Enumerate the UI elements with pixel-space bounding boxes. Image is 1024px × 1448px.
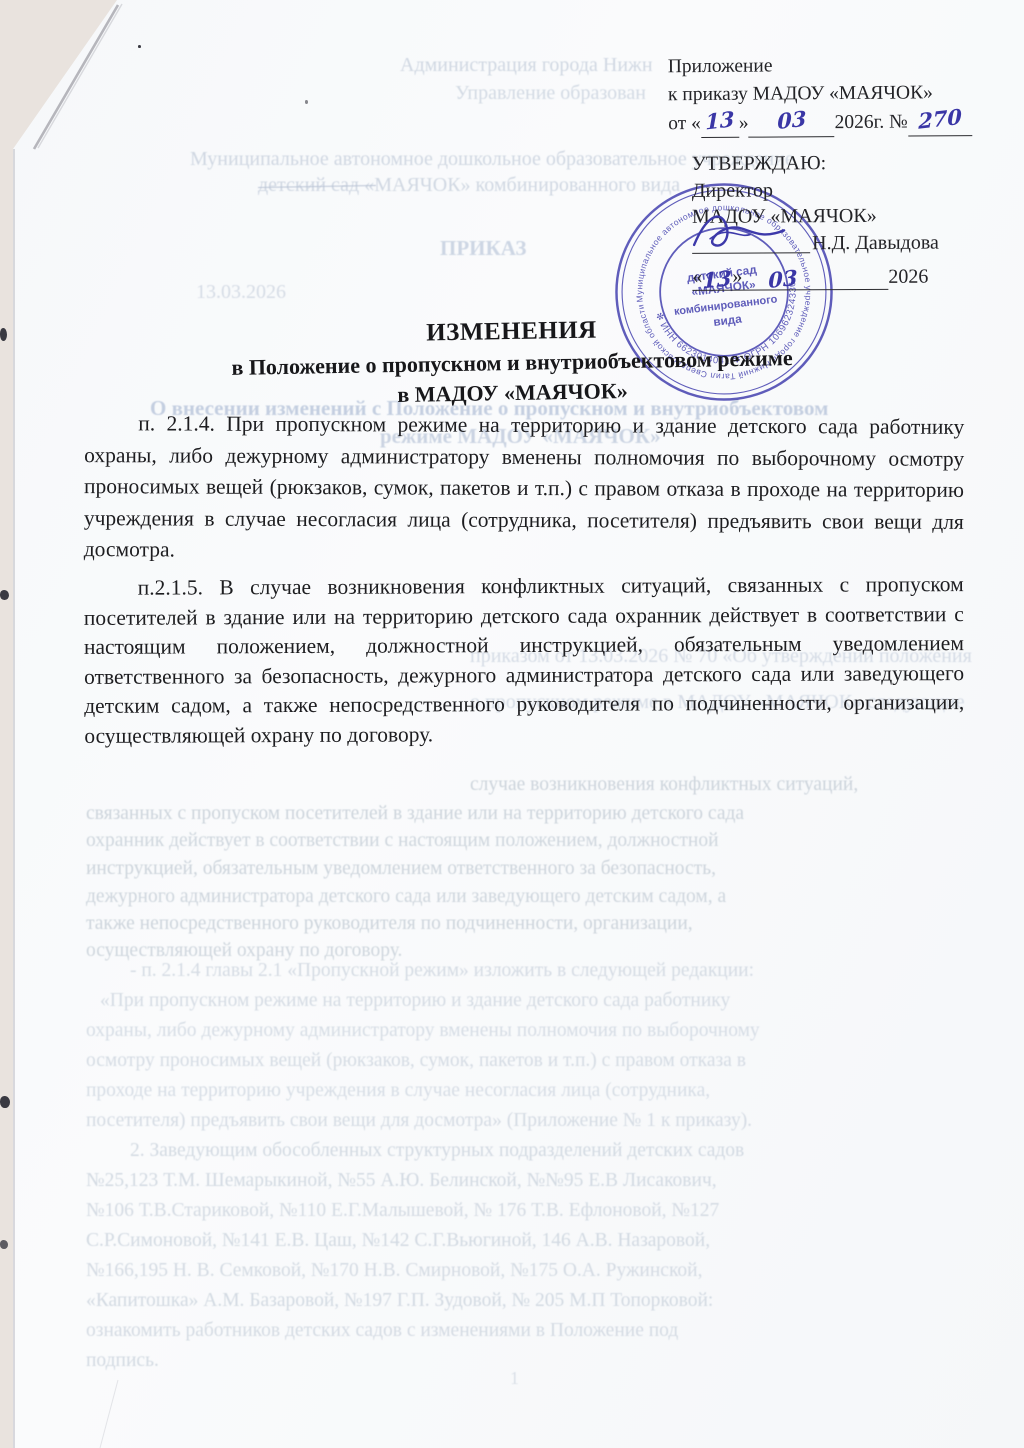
approve-year: 2026	[888, 263, 928, 290]
document-body: п. 2.1.4. При пропускном режиме на терри…	[84, 410, 964, 749]
annex-line1: Приложение	[668, 51, 1020, 81]
approver-name: Н.Д. Давыдова	[812, 229, 939, 256]
paragraph-2-1-5: п.2.1.5. В случае возникновения конфликт…	[84, 570, 965, 751]
handwritten-number: 270	[918, 107, 962, 132]
handwritten-month: 03	[768, 268, 797, 291]
document-title: ИЗМЕНЕНИЯ в Положение о пропускном и вну…	[61, 308, 962, 416]
quote-close: »	[732, 263, 742, 290]
annex-date-prefix: от «	[668, 110, 701, 138]
annex-block: Приложение к приказу МАДОУ «МАЯЧОК» от «…	[668, 51, 1021, 138]
annex-line2: к приказу МАДОУ «МАЯЧОК»	[668, 78, 1020, 108]
approval-block: УТВЕРЖДАЮ: Директор МАДОУ «МАЯЧОК» Н.Д. …	[692, 149, 1023, 291]
scan-artifact	[0, 1096, 10, 1108]
paragraph-2-1-4: п. 2.1.4. При пропускном режиме на терри…	[84, 408, 965, 569]
quote-open: «	[692, 263, 702, 290]
annex-year: 2026г. №	[834, 109, 907, 137]
handwritten-month: 03	[777, 109, 806, 132]
annex-date-line: от « 13 » 03 2026г. № 270	[668, 107, 1020, 138]
scan-artifact	[0, 1240, 8, 1249]
signature-row: Н.Д. Давыдова	[692, 229, 1022, 261]
annex-quote: »	[739, 110, 749, 138]
handwritten-day: 13	[702, 268, 732, 291]
scan-artifact	[0, 590, 9, 600]
approve-title: УТВЕРЖДАЮ:	[692, 149, 1022, 177]
handwritten-signature	[680, 204, 820, 259]
approve-date-line: « 13 » 03 2026	[692, 262, 1022, 291]
approve-role: Директор	[692, 176, 1022, 204]
scan-artifact	[305, 100, 308, 104]
scan-artifact	[138, 45, 141, 48]
handwritten-day: 13	[705, 109, 734, 132]
scan-artifact	[0, 328, 7, 341]
